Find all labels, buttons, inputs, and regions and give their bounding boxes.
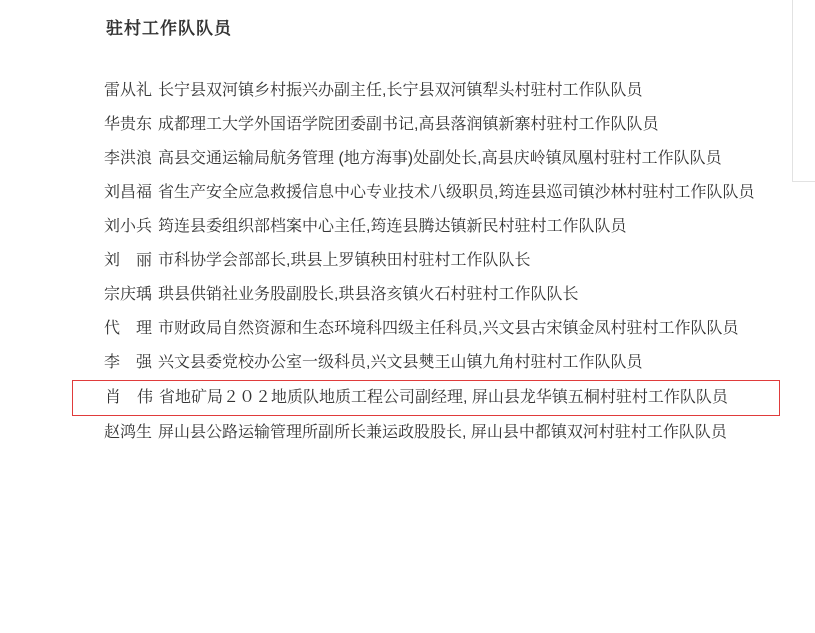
entry-row: 宗庆瑀珙县供销社业务股副股长,珙县洛亥镇火石村驻村工作队队长: [72, 278, 780, 312]
entry-row: 代 理市财政局自然资源和生态环境科四级主任科员,兴文县古宋镇金凤村驻村工作队队员: [72, 312, 780, 346]
person-name: 李 强: [104, 354, 152, 371]
person-description: 省地矿局２０２地质队地质工程公司副经理, 屏山县龙华镇五桐村驻村工作队队员: [159, 389, 728, 406]
person-description: 长宁县双河镇乡村振兴办副主任,长宁县双河镇犁头村驻村工作队队员: [158, 82, 642, 99]
person-name: 宗庆瑀: [104, 286, 152, 303]
highlighted-entry-row: 肖 伟省地矿局２０２地质队地质工程公司副经理, 屏山县龙华镇五桐村驻村工作队队员: [72, 380, 780, 416]
entry-row: 刘小兵筠连县委组织部档案中心主任,筠连县腾达镇新民村驻村工作队队员: [72, 210, 780, 244]
person-name: 代 理: [104, 320, 152, 337]
entry-row: 李洪浪高县交通运输局航务管理 (地方海事)处副处长,高县庆岭镇凤凰村驻村工作队队…: [72, 142, 780, 176]
document-page: 驻村工作队队员 雷从礼长宁县双河镇乡村振兴办副主任,长宁县双河镇犁头村驻村工作队…: [0, 0, 815, 633]
person-name: 华贵东: [104, 116, 152, 133]
person-name: 赵鸿生: [104, 424, 152, 441]
entry-row: 赵鸿生屏山县公路运输管理所副所长兼运政股股长, 屏山县中都镇双河村驻村工作队队员: [72, 416, 780, 450]
person-name: 雷从礼: [104, 82, 152, 99]
person-name: 刘昌福: [104, 184, 152, 201]
person-description: 市财政局自然资源和生态环境科四级主任科员,兴文县古宋镇金凤村驻村工作队队员: [158, 320, 738, 337]
panel-border-corner: [792, 0, 815, 182]
person-description: 高县交通运输局航务管理 (地方海事)处副处长,高县庆岭镇凤凰村驻村工作队队员: [158, 150, 722, 167]
entry-row: 雷从礼长宁县双河镇乡村振兴办副主任,长宁县双河镇犁头村驻村工作队队员: [72, 74, 780, 108]
person-description: 市科协学会部部长,珙县上罗镇秧田村驻村工作队队长: [158, 252, 530, 269]
entry-row: 李 强兴文县委党校办公室一级科员,兴文县僰王山镇九角村驻村工作队队员: [72, 346, 780, 380]
person-description: 屏山县公路运输管理所副所长兼运政股股长, 屏山县中都镇双河村驻村工作队队员: [158, 424, 727, 441]
entry-row: 华贵东成都理工大学外国语学院团委副书记,高县落润镇新寨村驻村工作队队员: [72, 108, 780, 142]
document-content: 驻村工作队队员 雷从礼长宁县双河镇乡村振兴办副主任,长宁县双河镇犁头村驻村工作队…: [72, 16, 780, 450]
person-description: 成都理工大学外国语学院团委副书记,高县落润镇新寨村驻村工作队队员: [158, 116, 658, 133]
entry-row: 刘 丽市科协学会部部长,珙县上罗镇秧田村驻村工作队队长: [72, 244, 780, 278]
page-title: 驻村工作队队员: [72, 16, 780, 42]
person-name: 刘小兵: [104, 218, 152, 235]
person-description: 省生产安全应急救援信息中心专业技术八级职员,筠连县巡司镇沙林村驻村工作队队员: [158, 184, 754, 201]
entry-row: 刘昌福省生产安全应急救援信息中心专业技术八级职员,筠连县巡司镇沙林村驻村工作队队…: [72, 176, 780, 210]
person-name: 刘 丽: [104, 252, 152, 269]
person-name: 肖 伟: [105, 389, 153, 406]
person-description: 兴文县委党校办公室一级科员,兴文县僰王山镇九角村驻村工作队队员: [158, 354, 642, 371]
person-description: 珙县供销社业务股副股长,珙县洛亥镇火石村驻村工作队队长: [158, 286, 578, 303]
person-description: 筠连县委组织部档案中心主任,筠连县腾达镇新民村驻村工作队队员: [158, 218, 626, 235]
person-name: 李洪浪: [104, 150, 152, 167]
